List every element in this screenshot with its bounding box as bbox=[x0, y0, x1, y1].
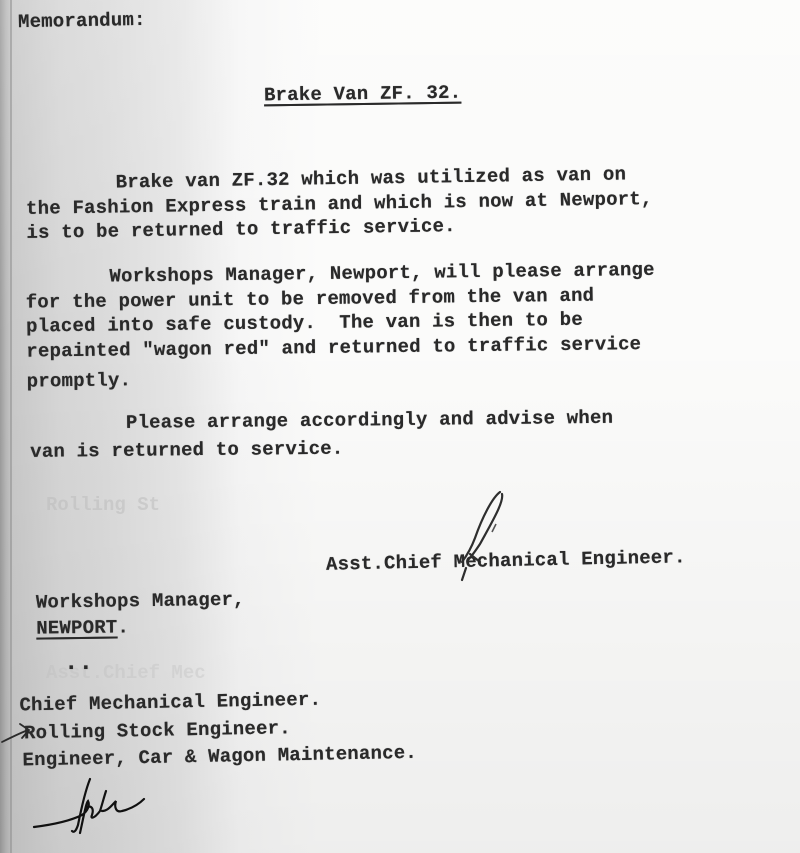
copy-recipient: Engineer, Car & Wagon Maintenance. bbox=[22, 742, 417, 772]
memo-header-label: Memorandum: bbox=[18, 9, 146, 33]
paragraph-line: Workshops Manager, Newport, will please … bbox=[109, 259, 655, 288]
addressee-line-2: NEWPORT. bbox=[36, 616, 129, 639]
copy-recipient: Chief Mechanical Engineer. bbox=[19, 689, 321, 717]
handwritten-arrow-icon bbox=[0, 718, 34, 748]
copy-recipient: Rolling Stock Engineer. bbox=[24, 717, 291, 744]
paragraph-line: Please arrange accordingly and advise wh… bbox=[126, 407, 613, 434]
addressee-line-1: Workshops Manager, bbox=[36, 589, 245, 614]
paragraph-line: promptly. bbox=[27, 369, 132, 392]
addressee-period: . bbox=[117, 616, 129, 638]
paragraph-line: van is returned to service. bbox=[30, 438, 343, 463]
addressee-city: NEWPORT bbox=[36, 616, 118, 639]
paragraph-line: placed into safe custody. The van is the… bbox=[26, 309, 583, 338]
memo-subject: Brake Van ZF. 32. bbox=[264, 82, 462, 107]
signatory-title: Asst.Chief Mechanical Engineer. bbox=[326, 546, 686, 576]
copy-marker: .. bbox=[64, 650, 93, 677]
bleed-through-text: Rolling St bbox=[46, 494, 160, 516]
handwritten-initials-icon bbox=[30, 775, 160, 845]
paragraph-line: repainted "wagon red" and returned to tr… bbox=[26, 333, 641, 363]
paragraph-line: is to be returned to traffic service. bbox=[26, 215, 456, 244]
